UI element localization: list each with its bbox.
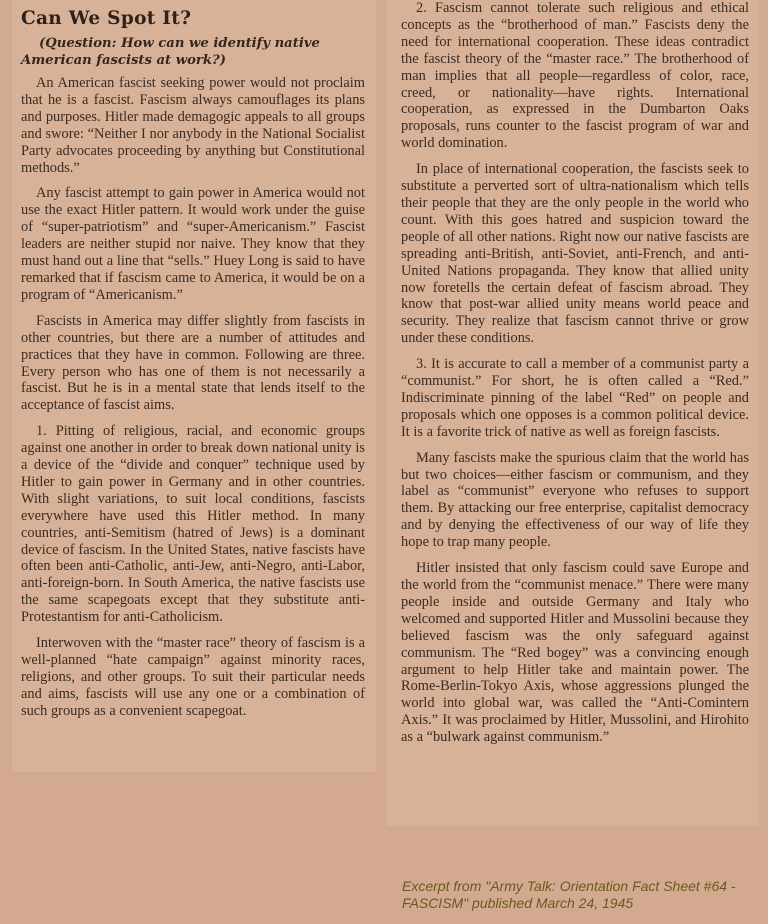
paragraph: An American fascist seeking power would …: [21, 75, 365, 176]
article-title: Can We Spot It?: [21, 8, 365, 29]
paragraph: Interwoven with the “master race” theory…: [21, 635, 365, 720]
paragraph: Hitler insisted that only fascism could …: [401, 560, 749, 746]
paragraph: 3. It is accurate to call a member of a …: [401, 356, 749, 441]
paragraph: Any fascist attempt to gain power in Ame…: [21, 185, 365, 303]
paragraph: 1. Pitting of religious, racial, and eco…: [21, 423, 365, 626]
paragraph: Many fascists make the spurious claim th…: [401, 450, 749, 551]
right-column-scan: 2. Fascism cannot tolerate such religiou…: [387, 0, 759, 826]
paragraph: Fascists in America may differ slightly …: [21, 313, 365, 414]
left-column-scan: Can We Spot It? (Question: How can we id…: [12, 0, 376, 772]
paragraph: In place of international cooperation, t…: [401, 161, 749, 347]
source-caption: Excerpt from "Army Talk: Orientation Fac…: [402, 878, 762, 912]
paragraph: 2. Fascism cannot tolerate such religiou…: [401, 0, 749, 152]
article-question: (Question: How can we identify native Am…: [21, 35, 365, 69]
